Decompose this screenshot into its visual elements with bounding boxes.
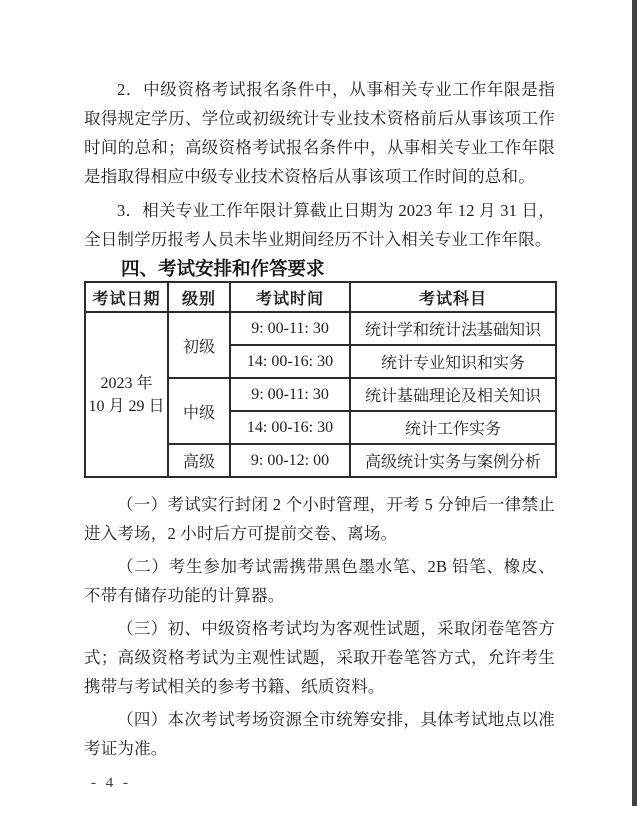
paragraph-item-3: 3．相关专业工作年限计算截止日期为 2023 年 12 月 31 日，全日制学历…	[84, 196, 555, 254]
level-cell-intermediate: 中级	[168, 378, 230, 444]
time-cell: 14: 00-16: 30	[230, 345, 350, 378]
subject-cell: 高级统计实务与案例分析	[350, 444, 556, 477]
table-row: 2023 年 10 月 29 日 初级 9: 00-11: 30 统计学和统计法…	[85, 312, 556, 345]
header-exam-subject: 考试科目	[350, 282, 556, 312]
header-level: 级别	[168, 282, 230, 312]
table-header-row: 考试日期 级别 考试时间 考试科目	[85, 282, 556, 312]
notes-block: （一）考试实行封闭 2 个小时管理，开考 5 分钟后一律禁止进入考场，2 小时后…	[84, 490, 555, 763]
time-cell: 9: 00-11: 30	[230, 378, 350, 411]
note-item-4: （四）本次考试考场资源全市统筹安排，具体考试地点以准考证为准。	[84, 705, 555, 763]
page-edge-shadow	[632, 0, 637, 806]
subject-cell: 统计工作实务	[350, 411, 556, 444]
paragraph-item-2: 2．中级资格考试报名条件中，从事相关专业工作年限是指取得规定学历、学位或初级统计…	[84, 75, 555, 191]
header-exam-date: 考试日期	[85, 282, 168, 312]
time-cell: 14: 00-16: 30	[230, 411, 350, 444]
page-number: - 4 -	[91, 775, 131, 792]
time-cell: 9: 00-12: 00	[230, 444, 350, 477]
time-cell: 9: 00-11: 30	[230, 312, 350, 345]
subject-cell: 统计基础理论及相关知识	[350, 378, 556, 411]
subject-cell: 统计专业知识和实务	[350, 345, 556, 378]
exam-date-line1: 2023 年	[100, 375, 152, 392]
document-content: 2．中级资格考试报名条件中，从事相关专业工作年限是指取得规定学历、学位或初级统计…	[84, 75, 555, 763]
level-cell-senior: 高级	[168, 444, 230, 477]
note-item-1: （一）考试实行封闭 2 个小时管理，开考 5 分钟后一律禁止进入考场，2 小时后…	[84, 490, 555, 548]
exam-date-cell: 2023 年 10 月 29 日	[85, 312, 168, 477]
header-exam-time: 考试时间	[230, 282, 350, 312]
note-item-3: （三）初、中级资格考试均为客观性试题，采取闭卷笔答方式；高级资格考试为主观性试题…	[84, 614, 555, 701]
document-page: 2．中级资格考试报名条件中，从事相关专业工作年限是指取得规定学历、学位或初级统计…	[0, 0, 637, 839]
level-cell-junior: 初级	[168, 312, 230, 378]
subject-cell: 统计学和统计法基础知识	[350, 312, 556, 345]
note-item-2: （二）考生参加考试需携带黑色墨水笔、2B 铅笔、橡皮、不带有储存功能的计算器。	[84, 552, 555, 610]
exam-date-line2: 10 月 29 日	[88, 398, 164, 415]
section-heading: 四、考试安排和作答要求	[121, 257, 555, 281]
exam-schedule-table: 考试日期 级别 考试时间 考试科目 2023 年 10 月 29 日 初级 9:…	[84, 281, 557, 478]
